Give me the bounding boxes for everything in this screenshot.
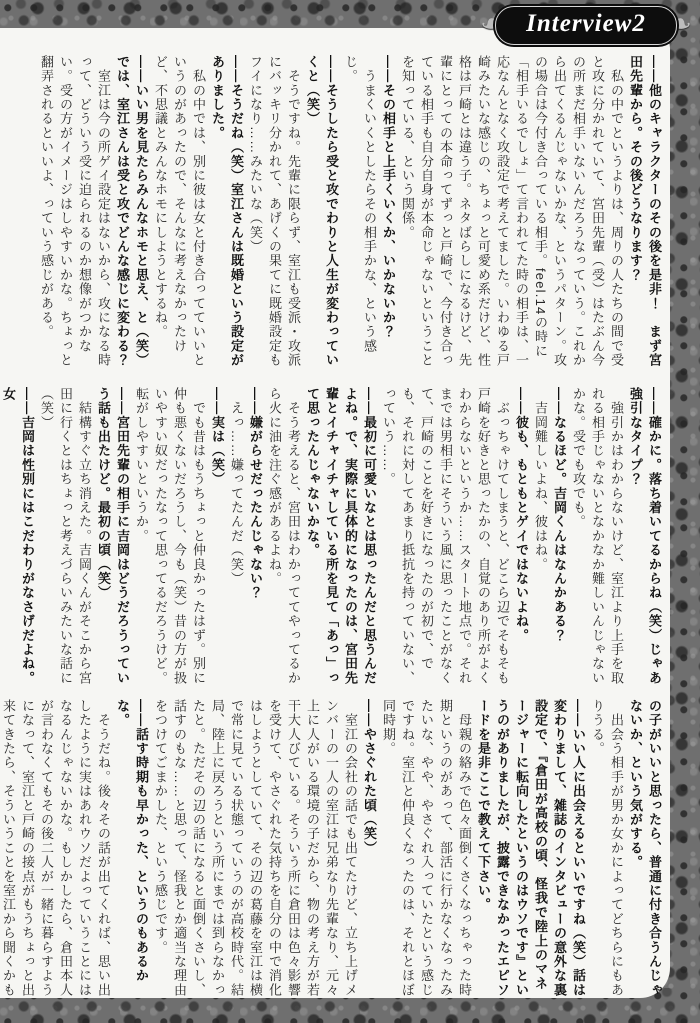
question-paragraph: ——なるほど。吉岡くんはなんかある？ [550,387,569,689]
answer-paragraph: えっ……嫌ってたんだ（笑） [227,387,246,689]
question-paragraph: ——そうしたら受と攻でわりと人生が変わっていくと（笑） [303,55,341,377]
text-band-top: ——他のキャラクターのその後を是非！ まず宮田先輩から。その後どうなります？ 私… [22,55,664,377]
question-paragraph: ——そうだね（笑）室江さんは既婚という設定がありました。 [208,55,246,377]
answer-paragraph: そうだね。後々その話が出てくれば、思い出したように実はあれウソだよっていうことに… [0,699,113,1000]
answer-paragraph: でも昔はもうちょっと仲良かったはず。別に仲も悪くないだろうし、今も（笑）昔の方が… [132,387,208,689]
answer-paragraph: 室江は今の所ゲイ設定はないから、攻になる時って、どういう受に迫られるのか想像がつ… [37,55,113,377]
answer-paragraph: うまくいくとしたらその相手かな、という感じ。 [341,55,379,377]
answer-paragraph: 強引かはわからないけど、室江より上手を取れる相手じゃないとなかなか難しいんじゃな… [569,387,626,689]
answer-paragraph: 私の中では、別に彼は女と付き合ってていいというのがあったので、そんなに考えなかっ… [151,55,208,377]
question-paragraph: ——彼も、もともとゲイではないよね。 [512,387,531,689]
question-paragraph: ——いい人に出会えるといいですね（笑）話は変わりまして、雑誌のインタビューの意外… [474,699,588,1000]
text-band-bottom: の子がいいと思ったら、普通に付き合うんじゃないか、という気がする。 出会う相手が… [22,699,664,1000]
answer-paragraph: 私の中でというよりは、周りの人たちの間で受と攻に分かれていて、宮田先輩（受）はた… [398,55,626,377]
answer-paragraph: 結構すぐ立ち消えた。吉岡くんがそこから宮田に行くとはちょっと考えづらいみたいな話… [37,387,94,689]
question-paragraph: ——話す時期も早かった、というのもあるかな。 [113,699,151,1000]
answer-paragraph: 出会う相手が男か女かによってどちらにもありうる。 [588,699,626,1000]
question-paragraph: ——宮田先輩の相手に吉岡はどうだろうっていう話も出たけど。最初の頃（笑） [94,387,132,689]
answer-paragraph: 室江の会社の話でも出てたけど、立ち上げメンバーの一人の室江は兄弟なり先輩なり、元… [151,699,360,1000]
question-paragraph: ——最初に可愛いなとは思ったんだと思うんだよね。で、実際に具体的になったのは、宮… [303,387,379,689]
interview-banner: ❧ Interview2 ❧ [480,5,692,45]
answer-paragraph: ぶっちゃけてしまうと、どこら辺でそもそも戸崎を好きと思ったかの、自覚のあり所がよ… [379,387,512,689]
question-paragraph: ——いい男を見たらみんなホモと思え、と（笑）では、室江さんは受と攻でどんな感じに… [113,55,151,377]
question-paragraph: の子がいいと思ったら、普通に付き合うんじゃないか、という気がする。 [626,699,664,1000]
answer-paragraph: そう考えると、宮田はわかっててやってるから火に油を注ぐ感があるよね。 [265,387,303,689]
answer-paragraph: 母親の絡みで色々面倒くさくなっちゃった時期というのがあって、部活に行かなくなった… [379,699,474,1000]
answer-paragraph: 吉岡難しいよね、彼はね。 [531,387,550,689]
answer-paragraph: そうですね。先輩に限らず、室江も受派・攻派にバッキリ分かれて、あげくの果てに既婚… [246,55,303,377]
question-paragraph: ——確かに。落ち着いてるからね（笑）じゃあ強引なタイプ？ [626,387,664,689]
paper-panel: ——他のキャラクターのその後を是非！ まず宮田先輩から。その後どうなります？ 私… [0,28,670,998]
text-band-middle: ——確かに。落ち着いてるからね（笑）じゃあ強引なタイプ？ 強引かはわからないけど… [22,387,664,689]
question-paragraph: ——実は（笑） [208,387,227,689]
question-paragraph: ——その相手と上手くいくか、いかないか？ [379,55,398,377]
question-paragraph: ——やさぐれた頃（笑） [360,699,379,1000]
question-paragraph: ——他のキャラクターのその後を是非！ まず宮田先輩から。その後どうなります？ [626,55,664,377]
question-paragraph: ——嫌がらせだったんじゃない？ [246,387,265,689]
question-paragraph: ——吉岡は性別にはこだわりがなさげだよね。女 [0,387,37,689]
banner-title: Interview2 [495,6,677,45]
